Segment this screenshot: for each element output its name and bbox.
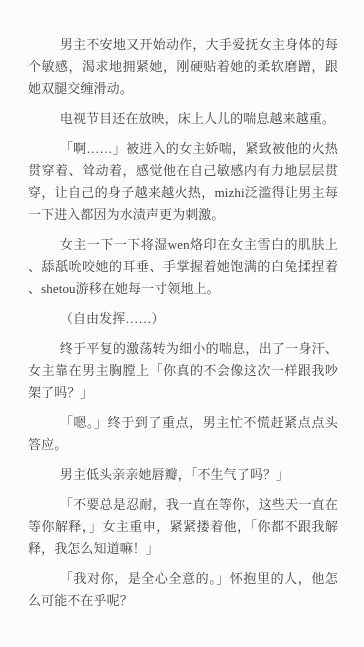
paragraph: 男主低头亲亲她唇瓣，「不生气了吗？」 — [28, 464, 338, 486]
paragraph: 「不要总是忍耐，我一直在等你，这些天一直在等你解释，」女主重申，紧紧搂着他，「你… — [28, 494, 338, 560]
paragraph: 电视节目还在放映，床上人儿的喘息越来越重。 — [28, 108, 338, 130]
paragraph: 「啊……」被进入的女主娇喘，紧致被他的火热贯穿着、耸动着，感觉他在自己敏感内有力… — [28, 138, 338, 226]
paragraph: 「嗯。」终于到了重点，男主忙不慌赶紧点点头答应。 — [28, 412, 338, 456]
novel-text-body: 男主不安地又开始动作，大手爱抚女主身体的每个敏感，渴求地拥紧她，刚硬贴着她的柔软… — [28, 34, 338, 612]
paragraph: 终于平复的激荡转为细小的喘息，出了一身汗、女主靠在男主胸膛上「你真的不会像这次一… — [28, 338, 338, 404]
paragraph: 「我对你，是全心全意的。」怀抱里的人，他怎么可能不在乎呢？ — [28, 568, 338, 612]
paragraph: 男主不安地又开始动作，大手爱抚女主身体的每个敏感，渴求地拥紧她，刚硬贴着她的柔软… — [28, 34, 338, 100]
paragraph: （自由发挥……） — [28, 308, 338, 330]
reader-page: 男主不安地又开始动作，大手爱抚女主身体的每个敏感，渴求地拥紧她，刚硬贴着她的柔软… — [0, 0, 364, 647]
paragraph: 女主一下一下将湿wen烙印在女主雪白的肌肤上、舔舐吮咬她的耳垂、手掌握着她饱满的… — [28, 234, 338, 300]
